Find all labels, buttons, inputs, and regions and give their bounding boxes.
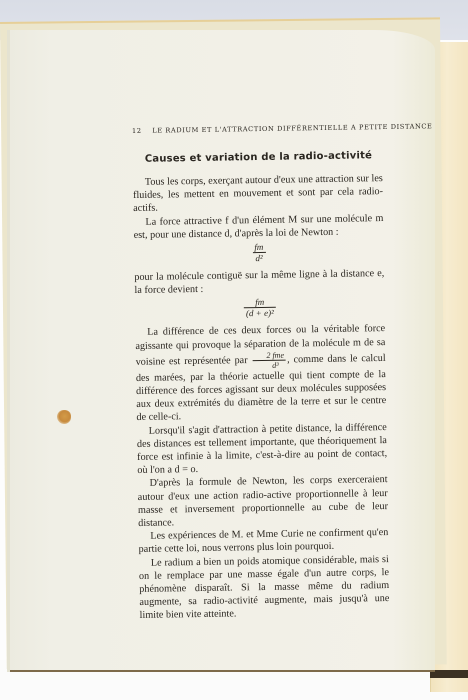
formula-newton: fm d²	[134, 240, 384, 265]
formula-denominator: d³	[253, 360, 287, 370]
text-block: 12 LE RADIUM ET L'ATTRACTION DIFFÉRENTIE…	[130, 26, 392, 670]
formula-denominator: d²	[252, 253, 265, 263]
formula-numerator: fm	[244, 297, 276, 308]
foxing-stain	[57, 410, 71, 424]
formula-difference: 2 fme d³	[252, 350, 286, 370]
paragraph: Le radium a bien un poids atomique consi…	[139, 553, 390, 623]
paragraph: Tous les corps, exerçant autour d'eux un…	[133, 172, 384, 216]
adjacent-page-shadow	[430, 670, 468, 678]
book-page: 12 LE RADIUM ET L'ATTRACTION DIFFÉRENTIE…	[10, 30, 435, 672]
paragraph: La force attractive f d'un élément M sur…	[133, 212, 383, 242]
paragraph: pour la molécule contiguë sur la même li…	[134, 267, 384, 297]
paragraph: Lorsqu'il s'agit d'attraction à petite d…	[137, 421, 388, 478]
running-head-title: LE RADIUM ET L'ATTRACTION DIFFÉRENTIELLE…	[152, 122, 432, 134]
formula-numerator: fm	[252, 242, 265, 253]
paragraph: Les expériences de M. et Mme Curie ne co…	[138, 526, 388, 556]
formula-denominator: (d + e)²	[244, 308, 276, 318]
formula-contiguous: fm (d + e)²	[135, 295, 385, 320]
running-head: 12 LE RADIUM ET L'ATTRACTION DIFFÉRENTIE…	[132, 123, 392, 135]
paragraph: D'après la formule de Newton, les corps …	[137, 473, 388, 530]
paragraph: La différence de ces deux forces ou la v…	[135, 322, 387, 424]
section-title: Causes et variation de la radio-activité	[132, 150, 384, 165]
body-text: Tous les corps, exerçant autour d'eux un…	[133, 172, 390, 623]
formula-numerator: 2 fme	[252, 350, 286, 361]
page-number: 12	[132, 127, 142, 135]
